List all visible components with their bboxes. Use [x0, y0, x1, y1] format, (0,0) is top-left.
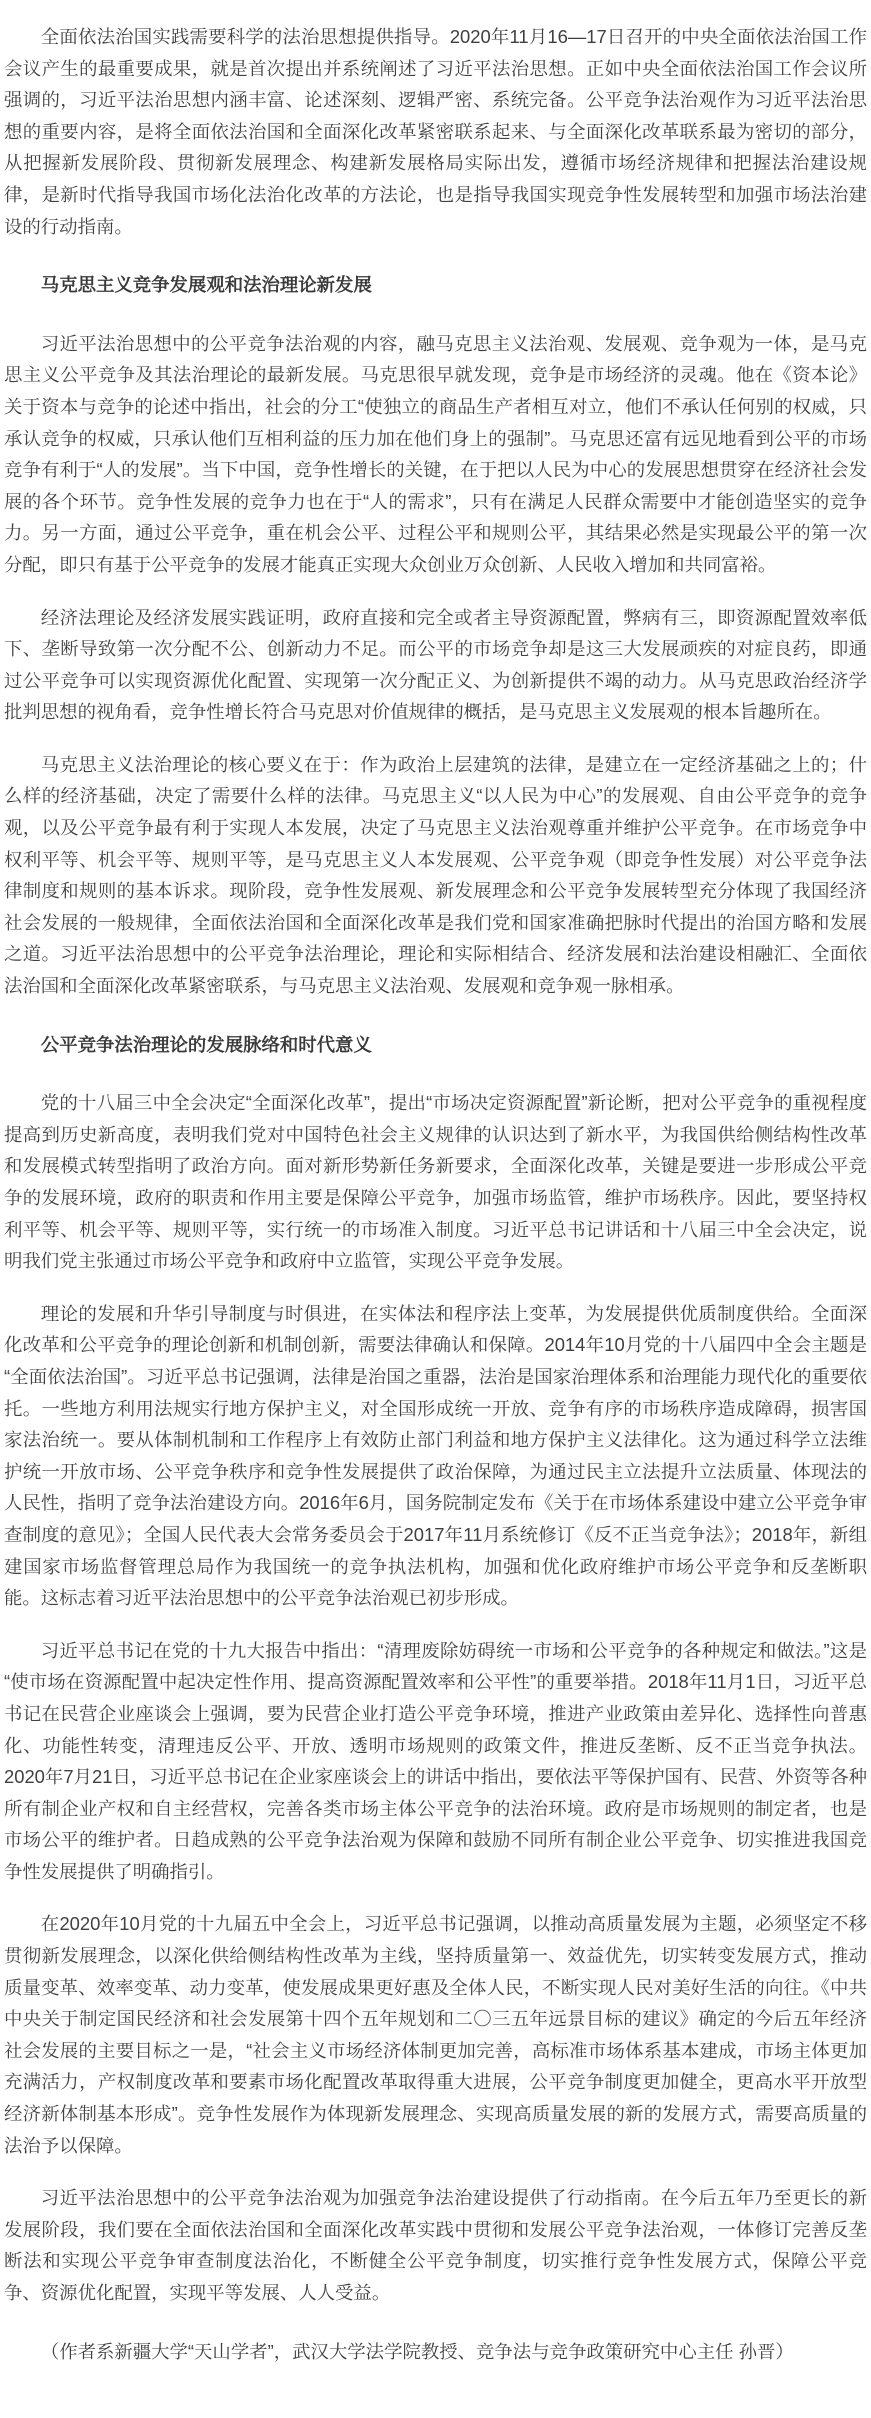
intro-paragraph: 全面依法治国实践需要科学的法治思想提供指导。2020年11月16—17日召开的中… [4, 21, 867, 242]
paragraph: 习近平法治思想中的公平竞争法治观的内容，融马克思主义法治观、发展观、竞争观为一体… [4, 328, 867, 581]
paragraph: 在2020年10月党的十九届五中全会上，习近平总书记强调，以推动高质量发展为主题… [4, 1908, 867, 2161]
paragraph: 理论的发展和升华引导制度与时俱进，在实体法和程序法上变革，为发展提供优质制度供给… [4, 1298, 867, 1614]
paragraph: 习近平总书记在党的十九大报告中指出：“清理废除妨碍统一市场和公平竞争的各种规定和… [4, 1635, 867, 1888]
article-body: 全面依法治国实践需要科学的法治思想提供指导。2020年11月16—17日召开的中… [0, 21, 871, 2418]
author-byline: （作者系新疆大学“天山学者”，武汉大学法学院教授、竞争法与竞争政策研究中心主任 … [4, 2336, 867, 2368]
paragraph: 马克思主义法治理论的核心要义在于：作为政治上层建筑的法律，是建立在一定经济基础之… [4, 749, 867, 1002]
paragraph: 经济法理论及经济发展实践证明，政府直接和完全或者主导资源配置，弊病有三，即资源配… [4, 602, 867, 728]
paragraph: 习近平法治思想中的公平竞争法治观为加强竞争法治建设提供了行动指南。在今后五年乃至… [4, 2182, 867, 2308]
section-heading-marxist-view: 马克思主义竞争发展观和法治理论新发展 [4, 269, 867, 301]
section-heading-development-context: 公平竞争法治理论的发展脉络和时代意义 [4, 1029, 867, 1061]
paragraph: 党的十八届三中全会决定“全面深化改革”，提出“市场决定资源配置”新论断，把对公平… [4, 1087, 867, 1277]
